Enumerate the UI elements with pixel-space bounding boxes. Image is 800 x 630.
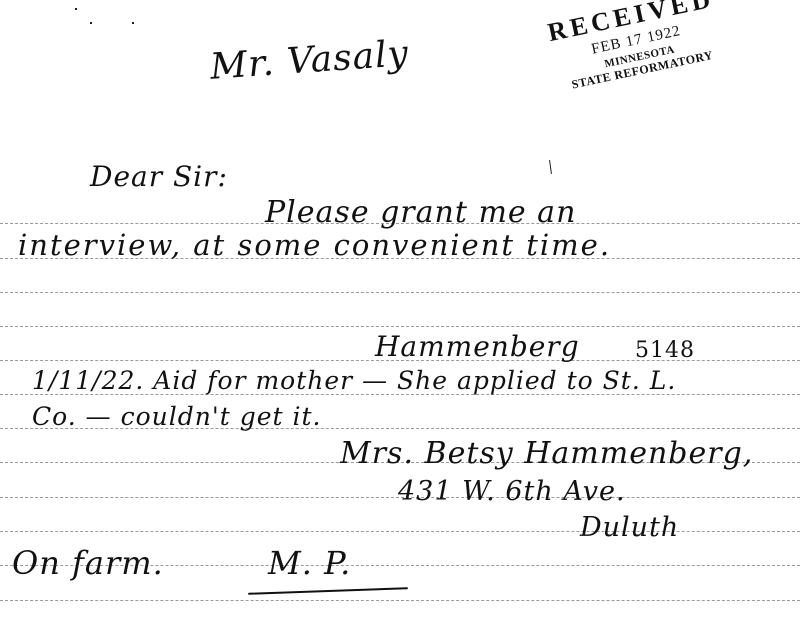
addressee: Mr. Vasaly — [209, 33, 410, 88]
scan-speck — [132, 22, 134, 24]
ruled-line — [0, 326, 800, 327]
note-line-1: 1/11/22. Aid for mother — She applied to… — [32, 366, 676, 395]
address-city: Duluth — [580, 512, 679, 543]
footer-initials: M. P. — [268, 544, 351, 582]
ruled-line — [0, 531, 800, 532]
inmate-number: 5148 — [635, 338, 695, 363]
body-line-2: interview, at some convenient time. — [18, 228, 611, 262]
scan-mark — [549, 160, 552, 174]
body-line-1: Please grant me an — [265, 195, 576, 230]
scan-speck — [75, 8, 77, 10]
address-name: Mrs. Betsy Hammenberg, — [340, 436, 753, 471]
received-stamp: RECEIVED FEB 17 1922 MINNESOTA STATE REF… — [530, 0, 751, 139]
footer-note: On farm. — [12, 544, 164, 582]
scan-speck — [90, 22, 92, 24]
scanned-letter-page: Mr. Vasaly RECEIVED FEB 17 1922 MINNESOT… — [0, 0, 800, 630]
ruled-line — [0, 292, 800, 293]
signature-surname: Hammenberg — [375, 330, 580, 363]
note-line-2: Co. — couldn't get it. — [32, 402, 321, 431]
initials-underline — [248, 587, 408, 595]
ruled-line — [0, 600, 800, 601]
address-street: 431 W. 6th Ave. — [398, 476, 626, 507]
greeting: Dear Sir: — [90, 160, 228, 193]
